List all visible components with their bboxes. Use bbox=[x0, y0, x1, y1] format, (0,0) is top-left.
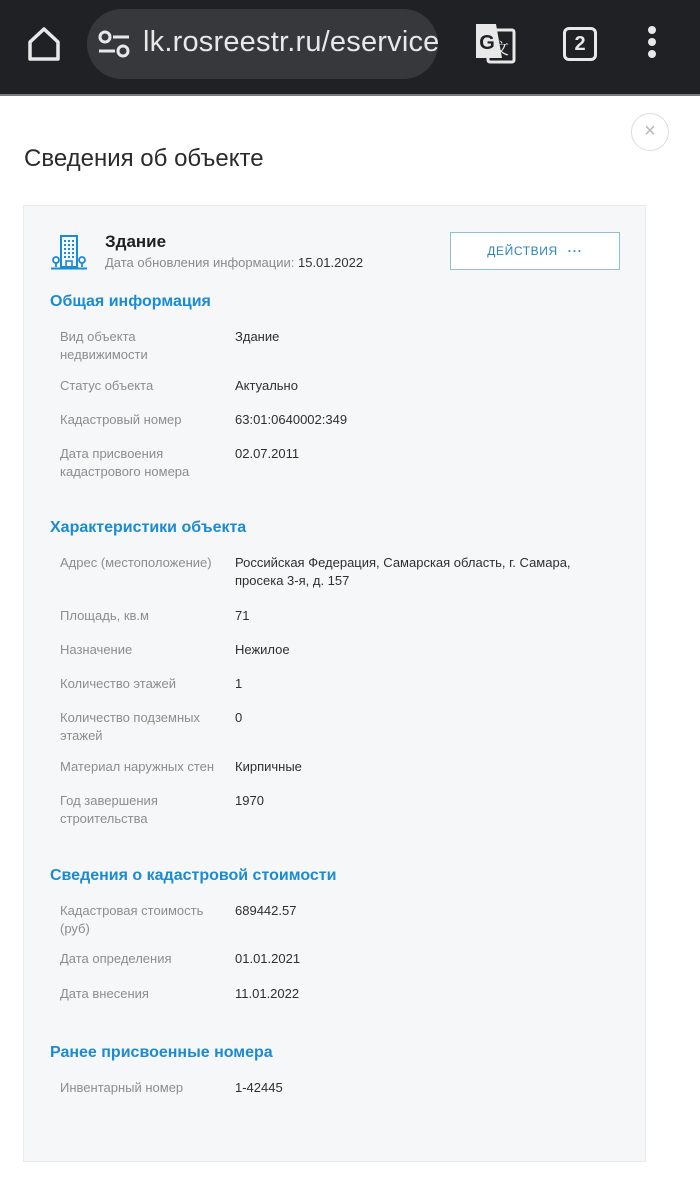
row-label: Адрес (местоположение) bbox=[60, 554, 225, 572]
browser-toolbar: lk.rosreestr.ru/eservices 文 G 2 bbox=[0, 0, 700, 94]
row-label: Дата внесения bbox=[60, 985, 225, 1003]
translate-icon: 文 G bbox=[472, 22, 518, 64]
row-label: Инвентарный номер bbox=[60, 1079, 225, 1097]
row-label: Вид объекта недвижимости bbox=[60, 328, 225, 364]
row-label: Материал наружных стен bbox=[60, 758, 225, 776]
row-value: 0 bbox=[235, 709, 620, 727]
object-type-title: Здание bbox=[105, 232, 166, 252]
update-date-value: 15.01.2022 bbox=[298, 255, 363, 270]
address-bar[interactable]: lk.rosreestr.ru/eservices bbox=[87, 9, 438, 79]
row-label: Кадастровый номер bbox=[60, 411, 225, 429]
row-label: Дата определения bbox=[60, 950, 225, 968]
row-label: Площадь, кв.м bbox=[60, 607, 225, 625]
row-label: Кадастровая стоимость (руб) bbox=[60, 902, 225, 938]
url-text[interactable]: lk.rosreestr.ru/eservices bbox=[143, 26, 438, 59]
section-title-characteristics: Характеристики объекта bbox=[50, 519, 246, 537]
translate-button[interactable]: 文 G bbox=[472, 22, 518, 64]
row-value: Кирпичные bbox=[235, 758, 620, 776]
row-value: 11.01.2022 bbox=[235, 985, 620, 1003]
home-icon bbox=[24, 24, 64, 64]
actions-button[interactable]: ДЕЙСТВИЯ··· bbox=[450, 232, 620, 270]
row-label: Количество подземных этажей bbox=[60, 709, 225, 745]
row-label: Назначение bbox=[60, 641, 225, 659]
row-value: 63:01:0640002:349 bbox=[235, 411, 620, 429]
row-value: 01.01.2021 bbox=[235, 950, 620, 968]
page-title: Сведения об объекте bbox=[24, 145, 264, 173]
actions-label: ДЕЙСТВИЯ bbox=[487, 244, 557, 258]
row-label: Год завершения строительства bbox=[60, 792, 225, 828]
row-value: Здание bbox=[235, 328, 620, 346]
tune-icon[interactable] bbox=[97, 29, 131, 59]
svg-text:G: G bbox=[479, 32, 495, 54]
update-date-line: Дата обновления информации: 15.01.2022 bbox=[105, 255, 363, 270]
section-title-general: Общая информация bbox=[50, 293, 211, 311]
more-horizontal-icon: ··· bbox=[568, 244, 583, 258]
building-icon bbox=[51, 233, 87, 271]
more-vertical-icon bbox=[648, 26, 656, 34]
row-value: 1-42445 bbox=[235, 1079, 620, 1097]
row-value: 71 bbox=[235, 607, 620, 625]
row-label: Статус объекта bbox=[60, 377, 225, 395]
row-label: Количество этажей bbox=[60, 675, 225, 693]
section-title-cadastral-value: Сведения о кадастровой стоимости bbox=[50, 867, 336, 885]
object-details-card: Здание Дата обновления информации: 15.01… bbox=[23, 205, 646, 1162]
row-value: Российская Федерация, Самарская область,… bbox=[235, 554, 620, 590]
row-value: Нежилое bbox=[235, 641, 620, 659]
row-value: 689442.57 bbox=[235, 902, 620, 920]
row-label: Дата присвоения кадастрового номера bbox=[60, 445, 225, 481]
update-date-label: Дата обновления информации: bbox=[105, 255, 294, 270]
row-value: 1970 bbox=[235, 792, 620, 810]
section-title-previous-numbers: Ранее присвоенные номера bbox=[50, 1044, 273, 1062]
close-button[interactable]: × bbox=[631, 113, 669, 151]
row-value: 1 bbox=[235, 675, 620, 693]
toolbar-divider bbox=[0, 94, 700, 96]
more-menu-button[interactable] bbox=[644, 26, 660, 62]
row-value: 02.07.2011 bbox=[235, 445, 620, 463]
tab-switcher-button[interactable]: 2 bbox=[563, 27, 597, 61]
home-button[interactable] bbox=[24, 24, 64, 64]
row-value: Актуально bbox=[235, 377, 620, 395]
